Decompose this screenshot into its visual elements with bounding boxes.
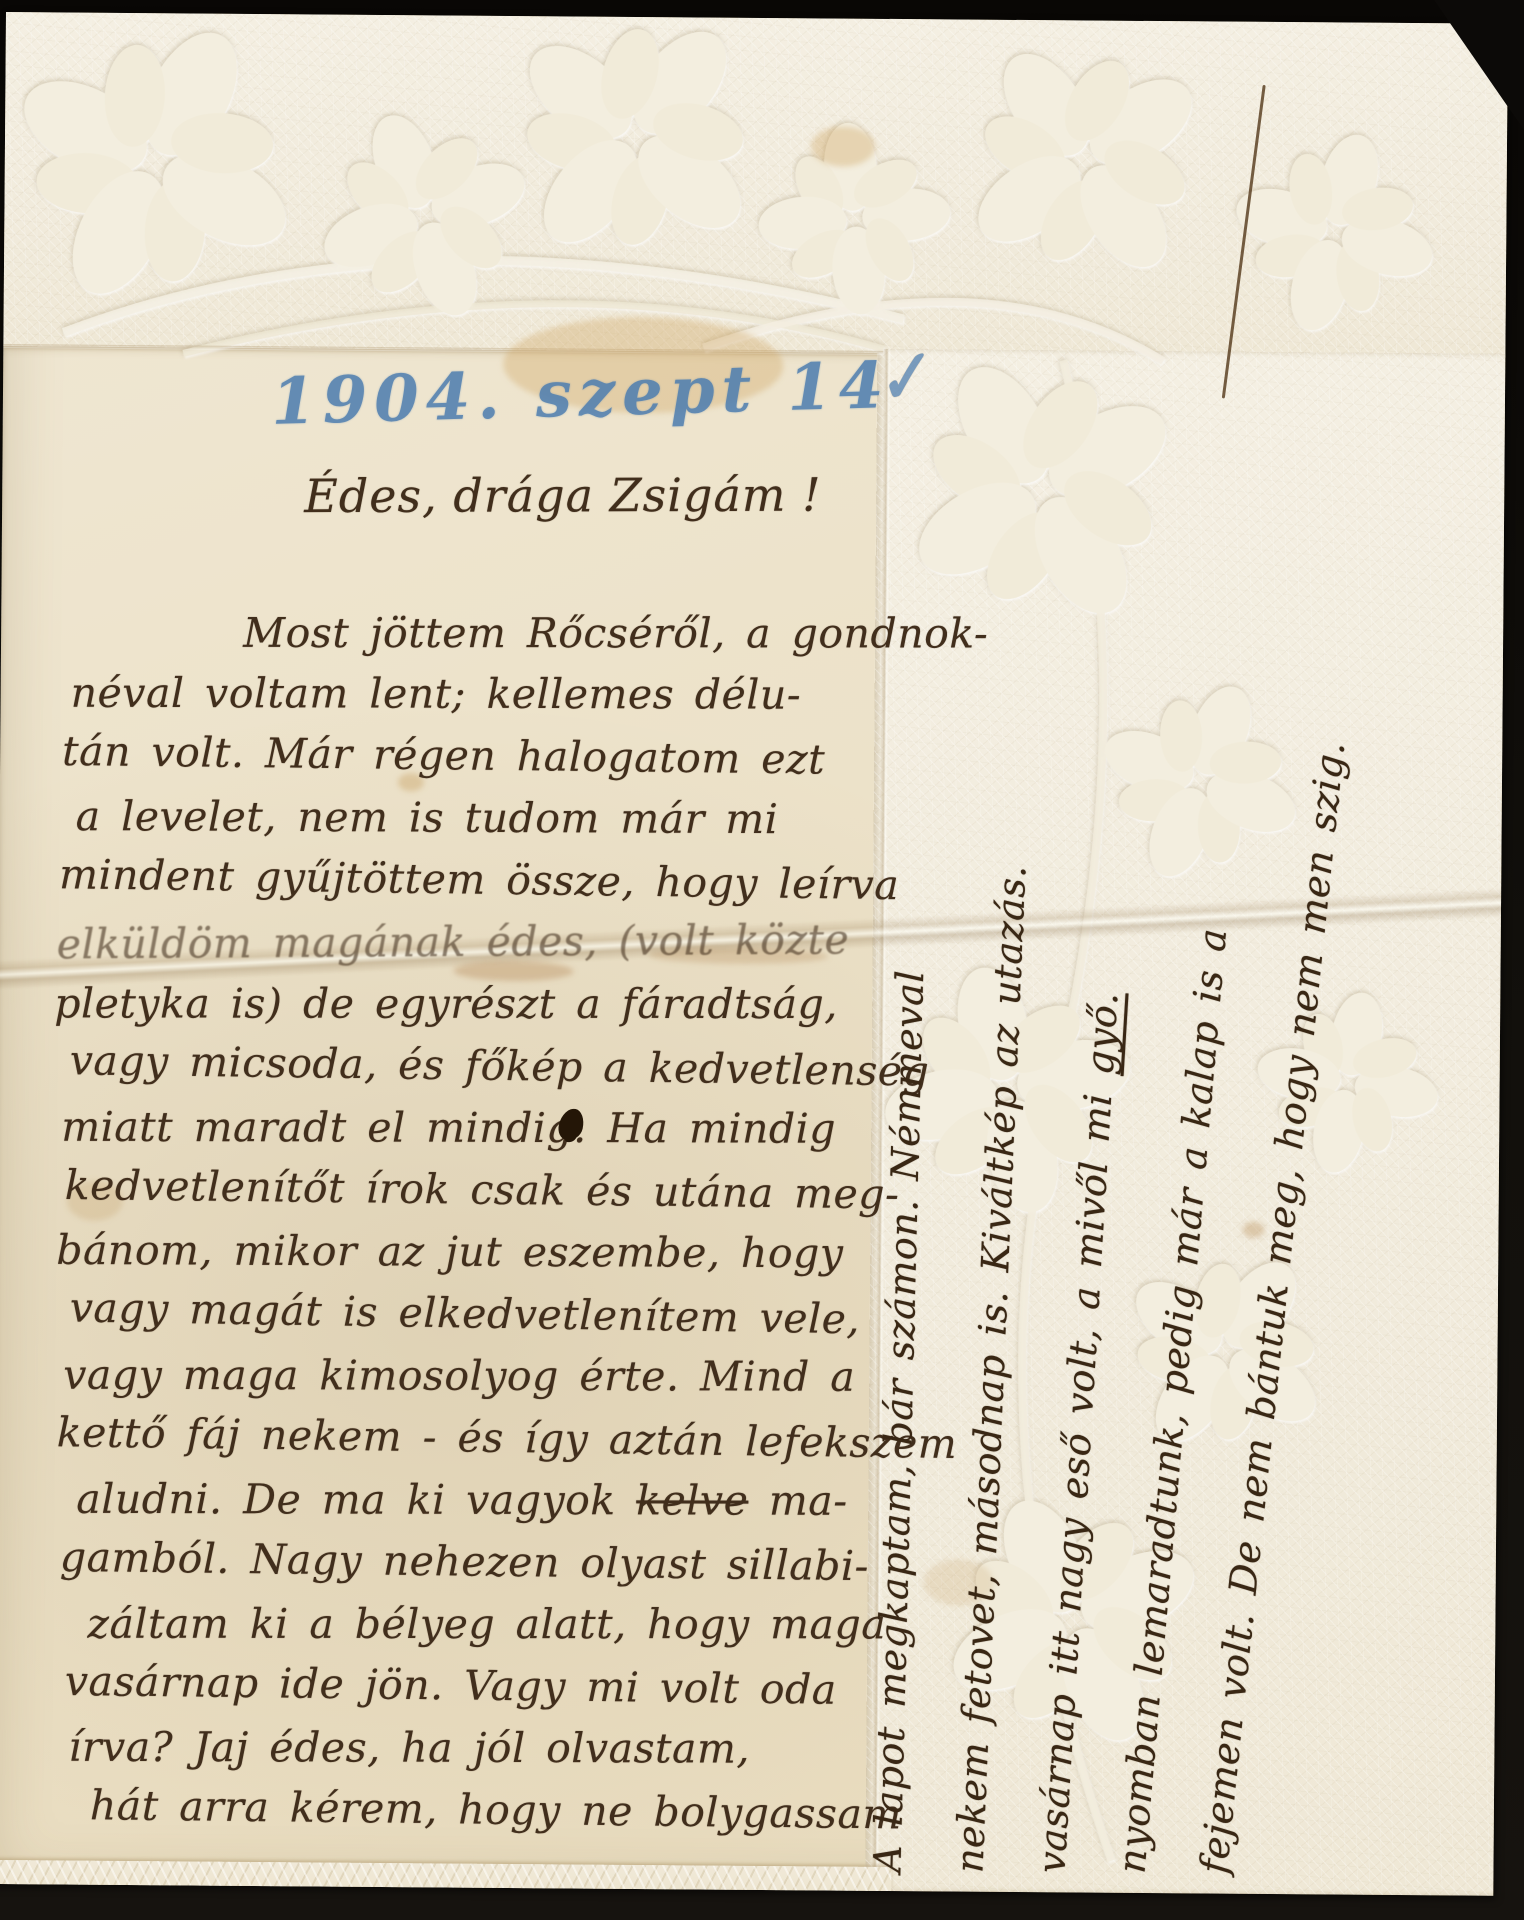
body-line: pletyka is) de egyrészt a fáradtság, [54, 979, 914, 1028]
salutation: Édes, drága Zsigám ! [304, 468, 821, 523]
body-line: gamból. Nagy nehezen olyast sillabi- [60, 1533, 920, 1591]
photo-background: 1904. szept 14 ✓ Édes, drága Zsigám ! Mo… [0, 0, 1524, 1920]
body-line: aludni. De ma ki vagyok kelve ma- [76, 1475, 936, 1525]
body-line: vasárnap ide jön. Vagy mi volt oda [65, 1657, 925, 1715]
body-line: tán volt. Már régen halogatom ezt [62, 727, 922, 785]
body-line: néval voltam lent; kellemes délu- [71, 669, 931, 719]
body-line: a levelet, nem is tudom már mi [76, 792, 936, 844]
body-line-15-post: ma- [748, 1477, 847, 1525]
bottom-border-strip [0, 1860, 891, 1896]
body-line: hát arra kérem, hogy ne bolygassam [90, 1781, 950, 1839]
body-line-15-pre: aludni. De ma ki vagyok [76, 1475, 636, 1524]
body-line: írva? Jaj édes, ha jól olvastam, [68, 1723, 928, 1773]
stain [811, 126, 875, 167]
body-line: elküldöm magának édes, (volt közte [57, 915, 917, 968]
body-line: miatt maradt el mindig. Ha mindig [61, 1103, 921, 1153]
body-line: záltam ki a bélyeg alatt, hogy maga [87, 1600, 947, 1649]
body-line: vagy maga kimosolyog érte. Mind a [63, 1351, 923, 1401]
letter-card: 1904. szept 14 ✓ Édes, drága Zsigám ! Mo… [0, 12, 1508, 1896]
struck-word: kelve [636, 1476, 748, 1524]
body-line: bánom, mikor az jut eszembe, hogy [56, 1226, 916, 1278]
body-line: kedvetlenítőt írok csak és utána meg- [65, 1161, 925, 1219]
body-line: Most jöttem Rőcséről, a gondnok- [243, 609, 1103, 658]
margin-underlined-word: győ. [1078, 991, 1127, 1076]
